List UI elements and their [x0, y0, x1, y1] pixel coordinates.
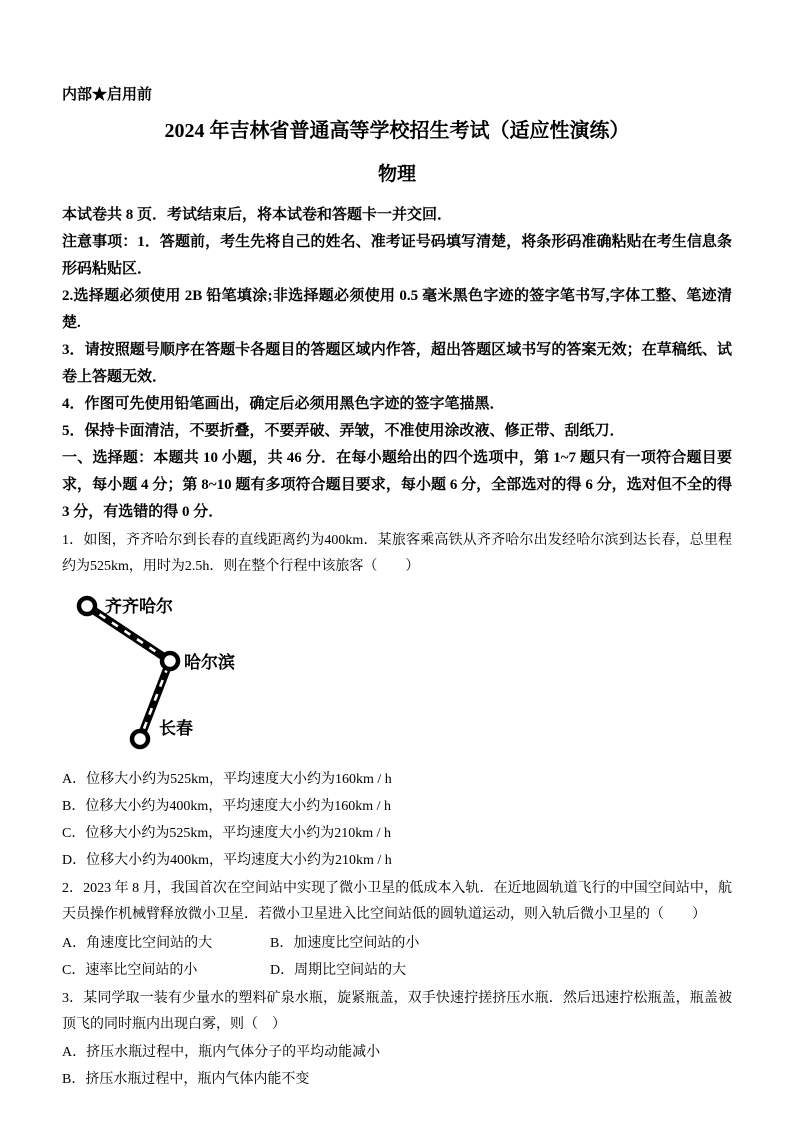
question-1-stem: 1．如图，齐齐哈尔到长春的直线距离约为400km．某旅客乘高铁从齐齐哈尔出发经哈…	[62, 528, 732, 580]
city-label-qiqihar: 齐齐哈尔	[105, 596, 173, 616]
notice-item-3: 3．请按照题号顺序在答题卡各题目的答题区域内作答，超出答题区域书写的答案无效；在…	[62, 337, 732, 391]
city-marker-qiqihar	[79, 598, 95, 614]
subject-title: 物理	[62, 162, 732, 188]
question-1: 1．如图，齐齐哈尔到长春的直线距离约为400km．某旅客乘高铁从齐齐哈尔出发经哈…	[62, 528, 732, 874]
city-marker-harbin	[162, 653, 178, 669]
question-1-option-c: C．位移大小约为525km，平均速度大小约为210km / h	[62, 820, 732, 847]
city-label-harbin: 哈尔滨	[184, 652, 235, 672]
question-3-options: A．挤压水瓶过程中，瓶内气体分子的平均动能减小 B．挤压水瓶过程中，瓶内气体内能…	[62, 1039, 732, 1093]
railway-line-dashes	[87, 606, 170, 739]
city-marker-changchun	[132, 731, 148, 747]
railway-line	[87, 606, 170, 739]
question-1-option-d: D．位移大小约为400km，平均速度大小约为210km / h	[62, 847, 732, 874]
question-1-options: A．位移大小约为525km，平均速度大小约为160km / h B．位移大小约为…	[62, 766, 732, 874]
question-2: 2．2023 年 8 月，我国首次在空间站中实现了微小卫星的低成本入轨．在近地圆…	[62, 876, 732, 984]
route-map-figure: 齐齐哈尔 哈尔滨 长春	[66, 584, 310, 764]
question-2-option-d: D．周期比空间站的大	[270, 957, 732, 984]
question-2-option-c: C．速率比空间站的小	[62, 957, 270, 984]
question-3-option-b: B．挤压水瓶过程中，瓶内气体内能不变	[62, 1066, 732, 1093]
notice-item-5: 5．保持卡面清洁，不要折叠，不要弄破、弄皱，不准使用涂改液、修正带、刮纸刀．	[62, 418, 732, 445]
section-1-heading: 一、选择题：本题共 10 小题，共 46 分．在每小题给出的四个选项中，第 1~…	[62, 445, 732, 526]
notice-item-1: 注意事项：1．答题前，考生先将自己的姓名、准考证号码填写清楚，将条形码准确粘贴在…	[62, 229, 732, 283]
paper-return-note: 本试卷共 8 页．考试结束后，将本试卷和答题卡一并交回．	[62, 202, 732, 229]
question-3: 3．某同学取一装有少量水的塑料矿泉水瓶，旋紧瓶盖，双手快速拧搓挤压水瓶．然后迅速…	[62, 986, 732, 1093]
notice-item-4: 4．作图可先使用铅笔画出，确定后必须用黑色字迹的签字笔描黑．	[62, 391, 732, 418]
question-2-options: A．角速度比空间站的大 B．加速度比空间站的小 C．速率比空间站的小 D．周期比…	[62, 930, 732, 984]
question-1-option-b: B．位移大小约为400km，平均速度大小约为160km / h	[62, 793, 732, 820]
page-content: 内部★启用前 2024 年吉林省普通高等学校招生考试（适应性演练） 物理 本试卷…	[62, 85, 732, 1093]
question-3-option-a: A．挤压水瓶过程中，瓶内气体分子的平均动能减小	[62, 1039, 732, 1066]
question-1-option-a: A．位移大小约为525km，平均速度大小约为160km / h	[62, 766, 732, 793]
security-label: 内部★启用前	[62, 85, 732, 105]
notice-item-2: 2.选择题必须使用 2B 铅笔填涂;非选择题必须使用 0.5 毫米黑色字迹的签字…	[62, 283, 732, 337]
exam-paper-page: 内部★启用前 2024 年吉林省普通高等学校招生考试（适应性演练） 物理 本试卷…	[0, 0, 794, 1123]
question-3-stem: 3．某同学取一装有少量水的塑料矿泉水瓶，旋紧瓶盖，双手快速拧搓挤压水瓶．然后迅速…	[62, 986, 732, 1038]
route-map-svg: 齐齐哈尔 哈尔滨 长春	[66, 584, 310, 764]
exam-title: 2024 年吉林省普通高等学校招生考试（适应性演练）	[62, 117, 732, 145]
question-2-option-a: A．角速度比空间站的大	[62, 930, 270, 957]
city-label-changchun: 长春	[159, 718, 193, 738]
question-2-option-b: B．加速度比空间站的小	[270, 930, 732, 957]
question-2-stem: 2．2023 年 8 月，我国首次在空间站中实现了微小卫星的低成本入轨．在近地圆…	[62, 876, 732, 928]
